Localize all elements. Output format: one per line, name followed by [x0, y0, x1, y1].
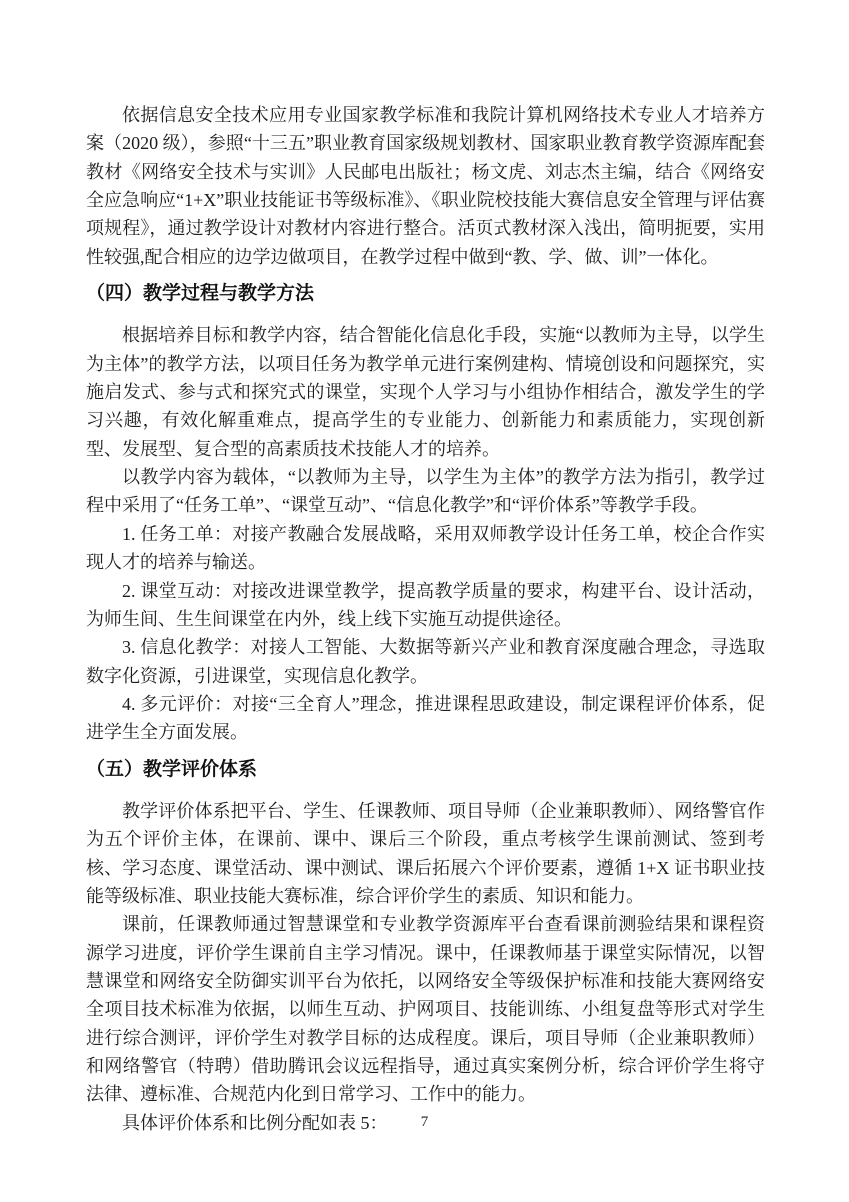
page-number: 7 — [0, 1112, 849, 1132]
list-item-classroom-interaction: 2. 课堂互动：对接改进课堂教学，提高教学质量的要求，构建平台、设计活动，为师生… — [86, 577, 765, 634]
list-item-task-worksheet: 1. 任务工单：对接产教融合发展战略，采用双师教学设计任务工单，校企合作实现人才… — [86, 520, 765, 577]
document-page: 依据信息安全技术应用专业国家教学标准和我院计算机网络技术专业人才培养方案（202… — [0, 0, 849, 1202]
section-heading-5-evaluation-system: （五）教学评价体系 — [86, 756, 765, 784]
section-heading-4-teaching-process: （四）教学过程与教学方法 — [86, 280, 765, 308]
paragraph-textbook-integration: 依据信息安全技术应用专业国家教学标准和我院计算机网络技术专业人才培养方案（202… — [86, 101, 765, 271]
list-item-multi-evaluation: 4. 多元评价：对接“三全育人”理念，推进课程思政建设，制定课程评价体系，促进学… — [86, 690, 765, 747]
paragraph-teaching-means-intro: 以教学内容为载体，“以教师为主导，以学生为主体”的教学方法为指引，教学过程中采用… — [86, 463, 765, 520]
paragraph-evaluation-process: 课前，任课教师通过智慧课堂和专业教学资源库平台查看课前测验结果和课程资源学习进度… — [86, 910, 765, 1108]
document-body: 依据信息安全技术应用专业国家教学标准和我院计算机网络技术专业人才培养方案（202… — [86, 101, 765, 1137]
list-item-informatization-teaching: 3. 信息化教学：对接人工智能、大数据等新兴产业和教育深度融合理念，寻选取数字化… — [86, 633, 765, 690]
paragraph-teaching-method-overview: 根据培养目标和教学内容，结合智能化信息化手段，实施“以教师为主导，以学生为主体”… — [86, 321, 765, 463]
paragraph-evaluation-subjects: 教学评价体系把平台、学生、任课教师、项目导师（企业兼职教师）、网络警官作为五个评… — [86, 797, 765, 910]
